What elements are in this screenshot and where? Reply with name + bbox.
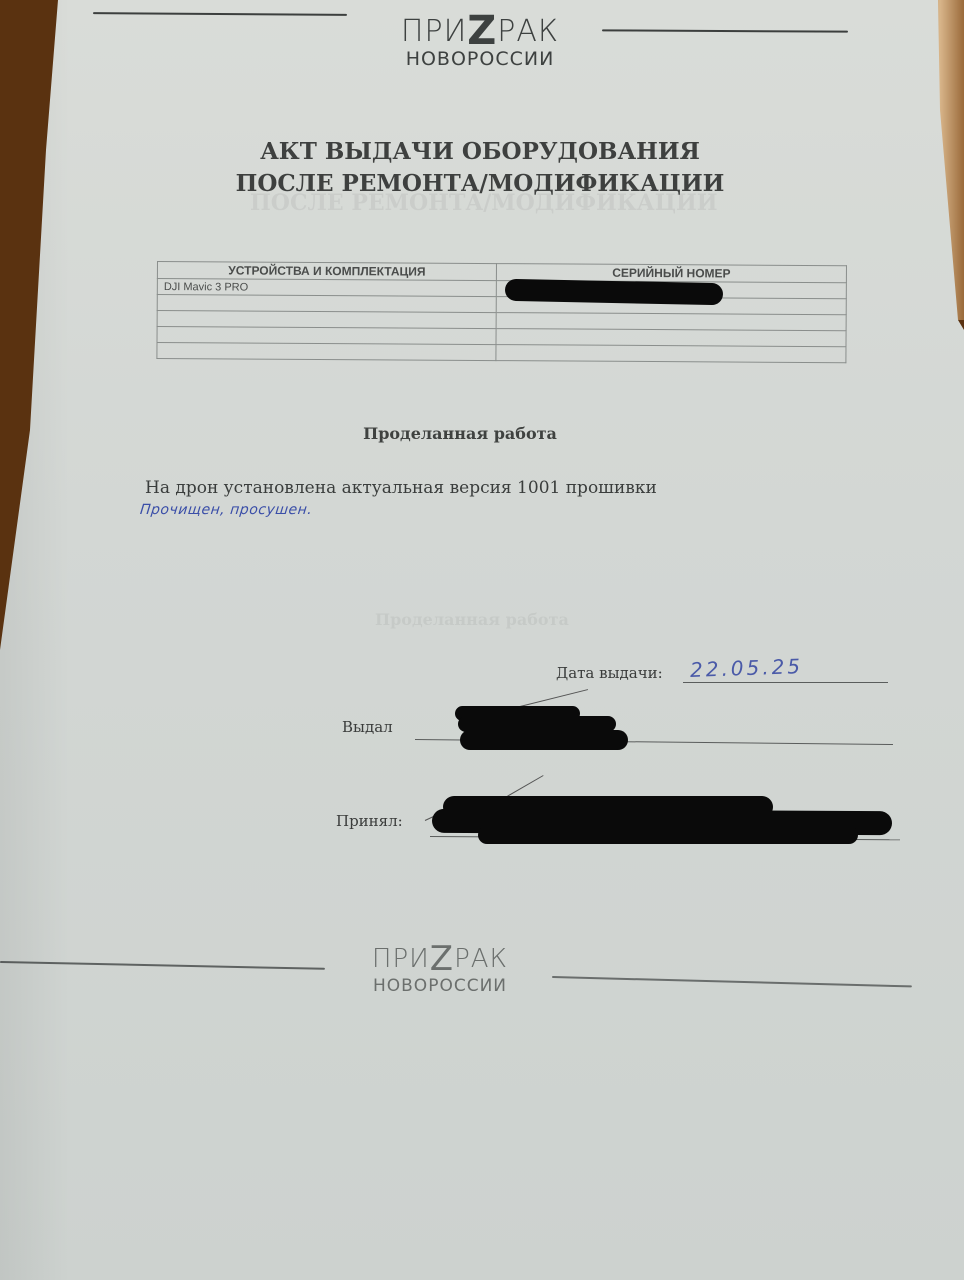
page-shadow — [0, 0, 70, 1280]
logo-text: РАК — [497, 14, 559, 49]
title-line-1: АКТ ВЫДАЧИ ОБОРУДОВАНИЯ — [230, 136, 730, 168]
issue-date-line — [683, 682, 888, 683]
pen-stroke — [520, 689, 588, 707]
handwritten-note: Прочищен, просушен. — [139, 502, 313, 518]
document-page: ПРИZРАК НОВОРОССИИ ПОСЛЕ РЕМОНТА/МОДИФИК… — [0, 0, 964, 1280]
serial-redaction — [505, 279, 723, 306]
logo-text: ПРИ — [401, 14, 467, 49]
column-header-devices: УСТРОЙСТВА И КОМПЛЕКТАЦИЯ — [157, 262, 496, 281]
footer-rule-right — [552, 976, 912, 987]
title-line-2: ПОСЛЕ РЕМОНТА/МОДИФИКАЦИИ — [230, 168, 730, 200]
device-cell — [157, 343, 496, 361]
received-by-label: Принял: — [336, 812, 403, 830]
issue-date-label: Дата выдачи: — [556, 664, 663, 682]
logo-text: РАК — [454, 944, 508, 974]
header-rule-right — [602, 29, 848, 32]
bleed-through-text: Проделанная работа — [375, 610, 569, 629]
header-logo: ПРИZРАК НОВОРОССИИ — [380, 12, 580, 70]
logo-z-mark: Z — [430, 943, 454, 975]
serial-cell — [496, 345, 846, 363]
issued-by-label: Выдал — [342, 718, 393, 736]
header-rule-left — [93, 12, 347, 16]
logo-z-mark: Z — [467, 15, 497, 47]
table-row — [157, 343, 846, 363]
logo-text: ПРИ — [372, 944, 430, 974]
issue-date-value: 22.05.25 — [690, 654, 804, 682]
document-title: АКТ ВЫДАЧИ ОБОРУДОВАНИЯ ПОСЛЕ РЕМОНТА/МО… — [230, 136, 730, 200]
work-description: На дрон установлена актуальная версия 10… — [145, 478, 657, 498]
work-section-heading: Проделанная работа — [300, 424, 620, 443]
received-by-redaction — [478, 826, 858, 844]
equipment-table: УСТРОЙСТВА И КОМПЛЕКТАЦИЯ СЕРИЙНЫЙ НОМЕР… — [156, 261, 847, 363]
footer-logo: ПРИZРАК НОВОРОССИИ — [350, 940, 530, 997]
footer-rule-left — [0, 961, 325, 970]
issued-by-redaction — [460, 730, 628, 750]
